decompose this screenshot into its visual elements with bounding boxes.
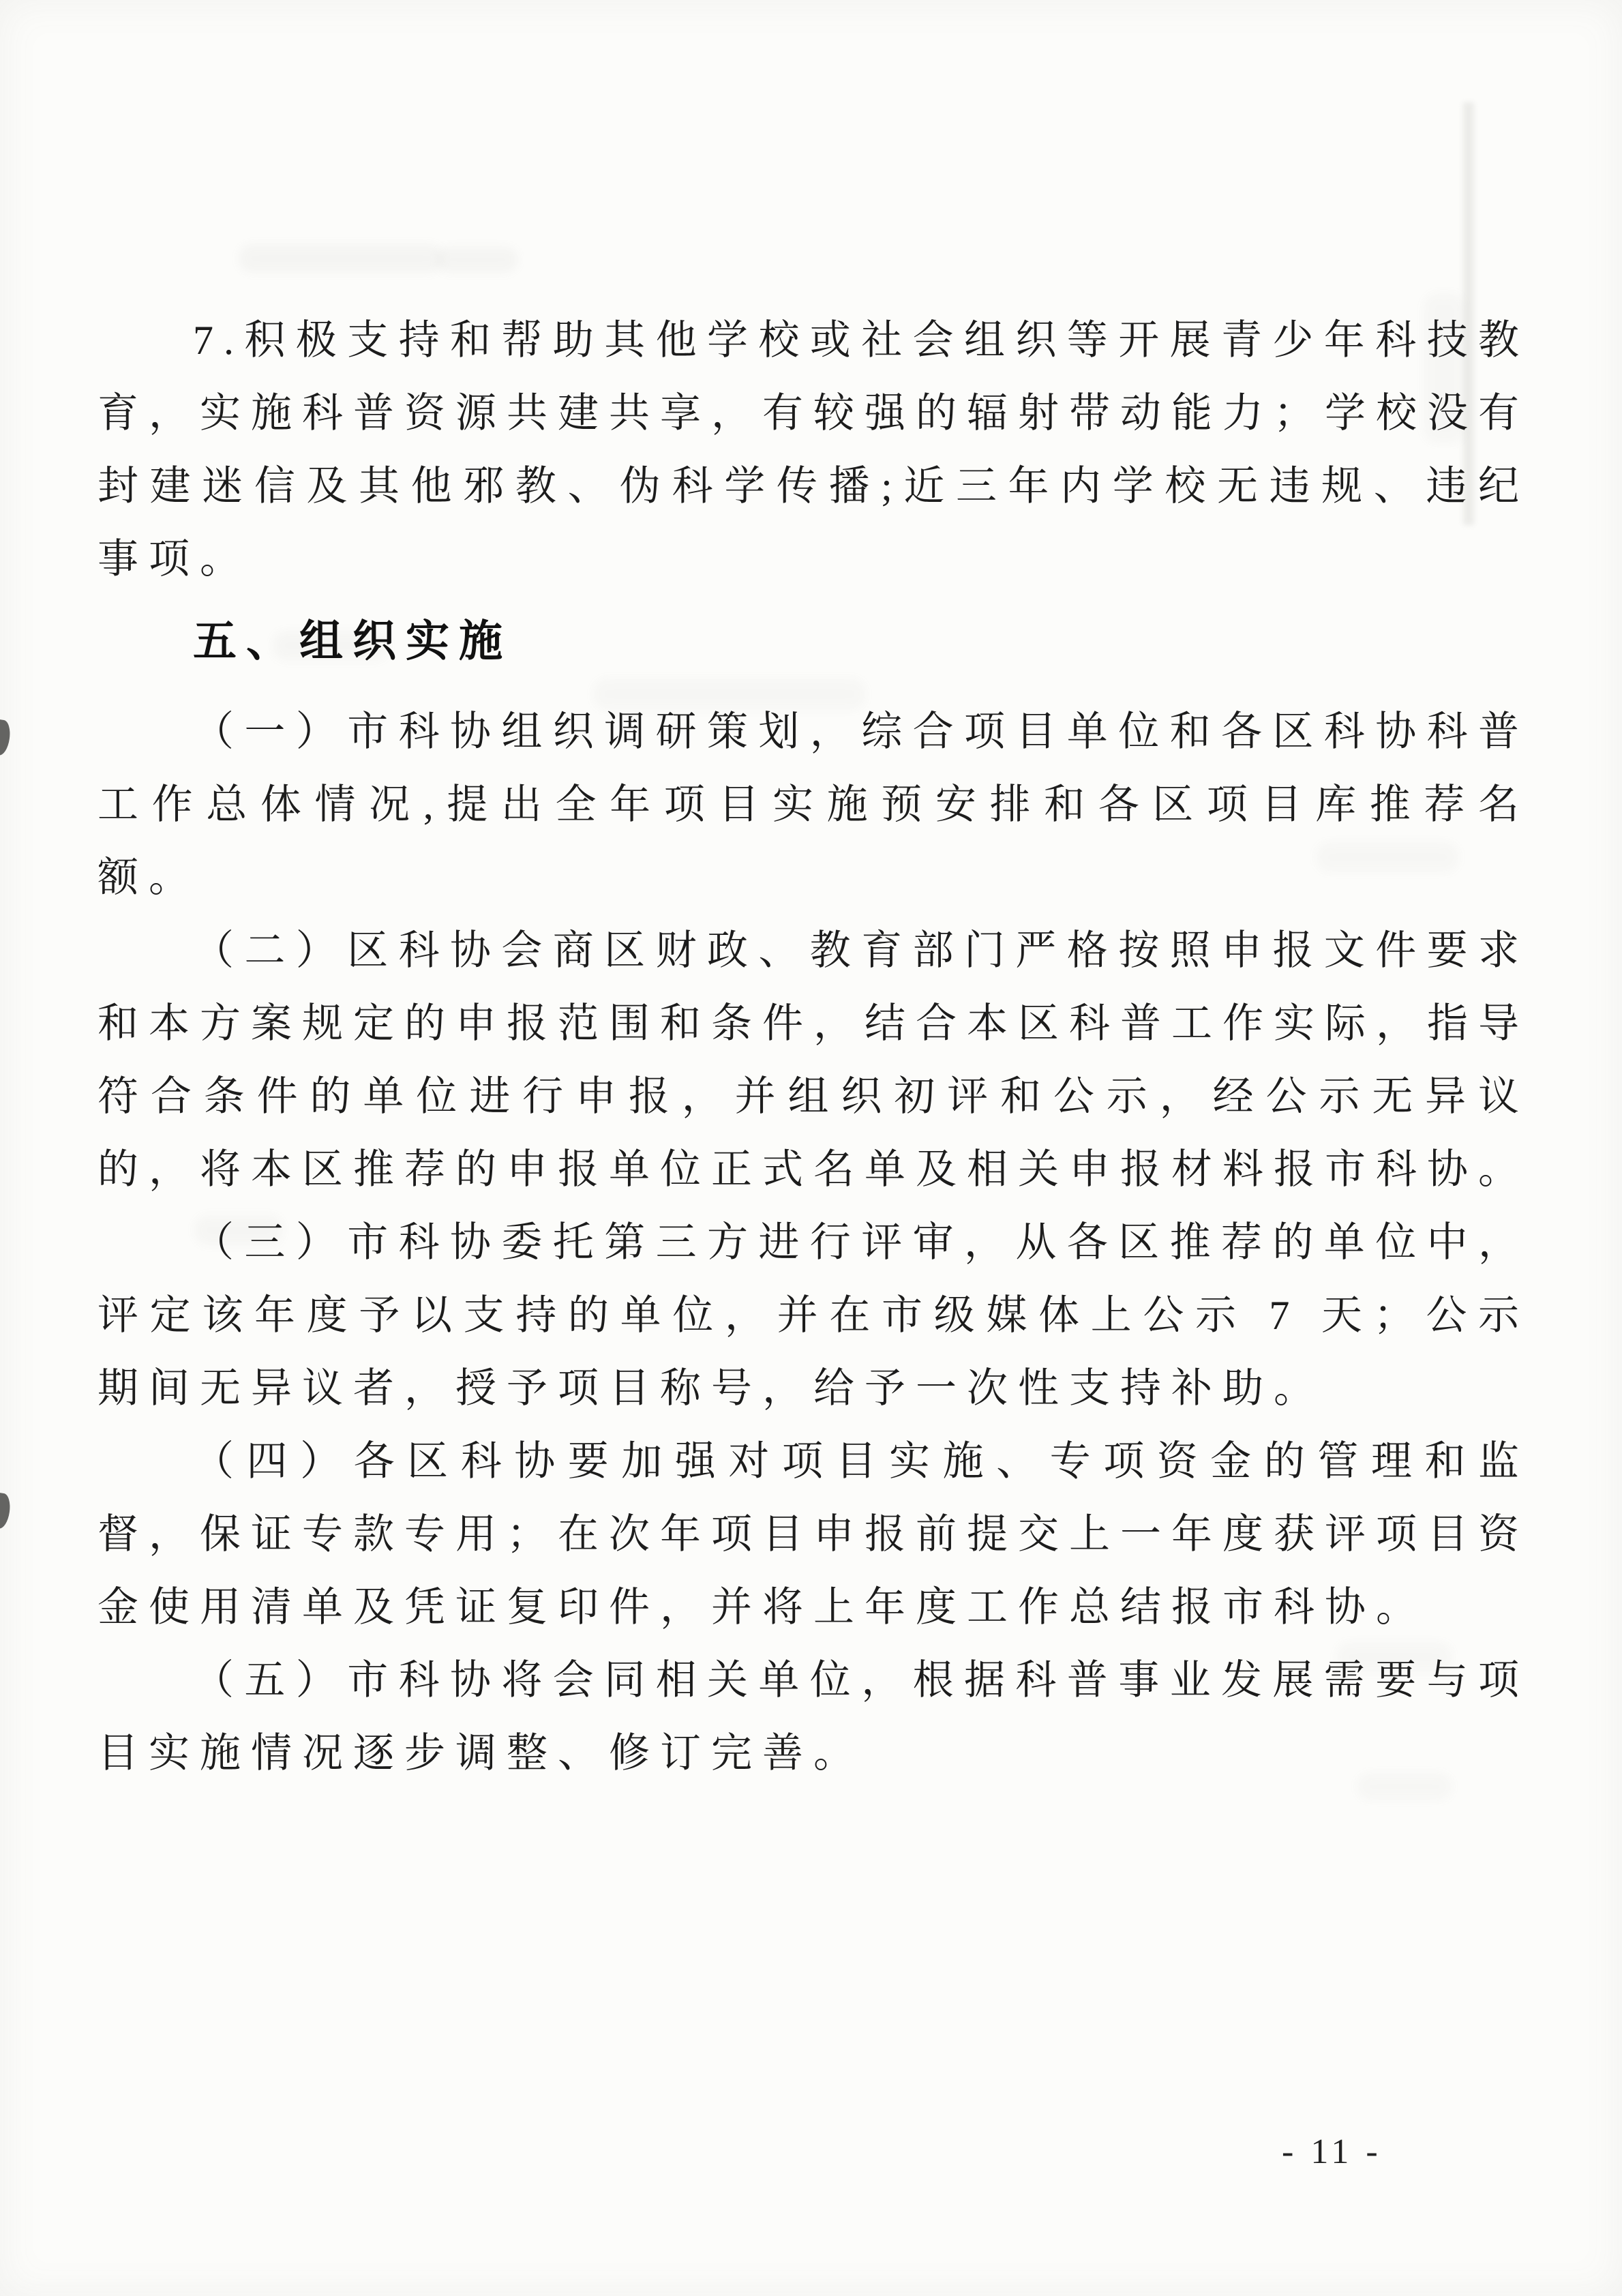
paragraph-item-5: （五）市科协将会同相关单位，根据科普事业发展需要与项目实施情况逐步调整、修订完善… xyxy=(97,1644,1529,1790)
paragraph-item-1: （一）市科协组织调研策划，综合项目单位和各区科协科普工作总体情况,提出全年项目实… xyxy=(97,696,1529,914)
scanned-document-page: 7.积极支持和帮助其他学校或社会组织等开展青少年科技教育，实施科普资源共建共享，… xyxy=(0,0,1622,2296)
binding-mark-bottom xyxy=(0,1493,12,1530)
page-number: - 11 - xyxy=(1282,2132,1382,2172)
bleed-through-artifact xyxy=(436,247,518,273)
bleed-through-artifact xyxy=(239,244,443,273)
paragraph-item-3: （三）市科协委托第三方进行评审，从各区推荐的单位中，评定该年度予以支持的单位，并… xyxy=(97,1206,1529,1425)
section-heading: 五、组织实施 xyxy=(97,614,1529,668)
document-body: 7.积极支持和帮助其他学校或社会组织等开展青少年科技教育，实施科普资源共建共享，… xyxy=(97,304,1529,1790)
paragraph-item-2: （二）区科协会商区财政、教育部门严格按照申报文件要求和本方案规定的申报范围和条件… xyxy=(97,914,1529,1206)
binding-mark-top xyxy=(0,719,12,756)
paragraph-item-7: 7.积极支持和帮助其他学校或社会组织等开展青少年科技教育，实施科普资源共建共享，… xyxy=(97,304,1529,596)
paragraph-item-4: （四）各区科协要加强对项目实施、专项资金的管理和监督，保证专款专用；在次年项目申… xyxy=(97,1425,1529,1644)
